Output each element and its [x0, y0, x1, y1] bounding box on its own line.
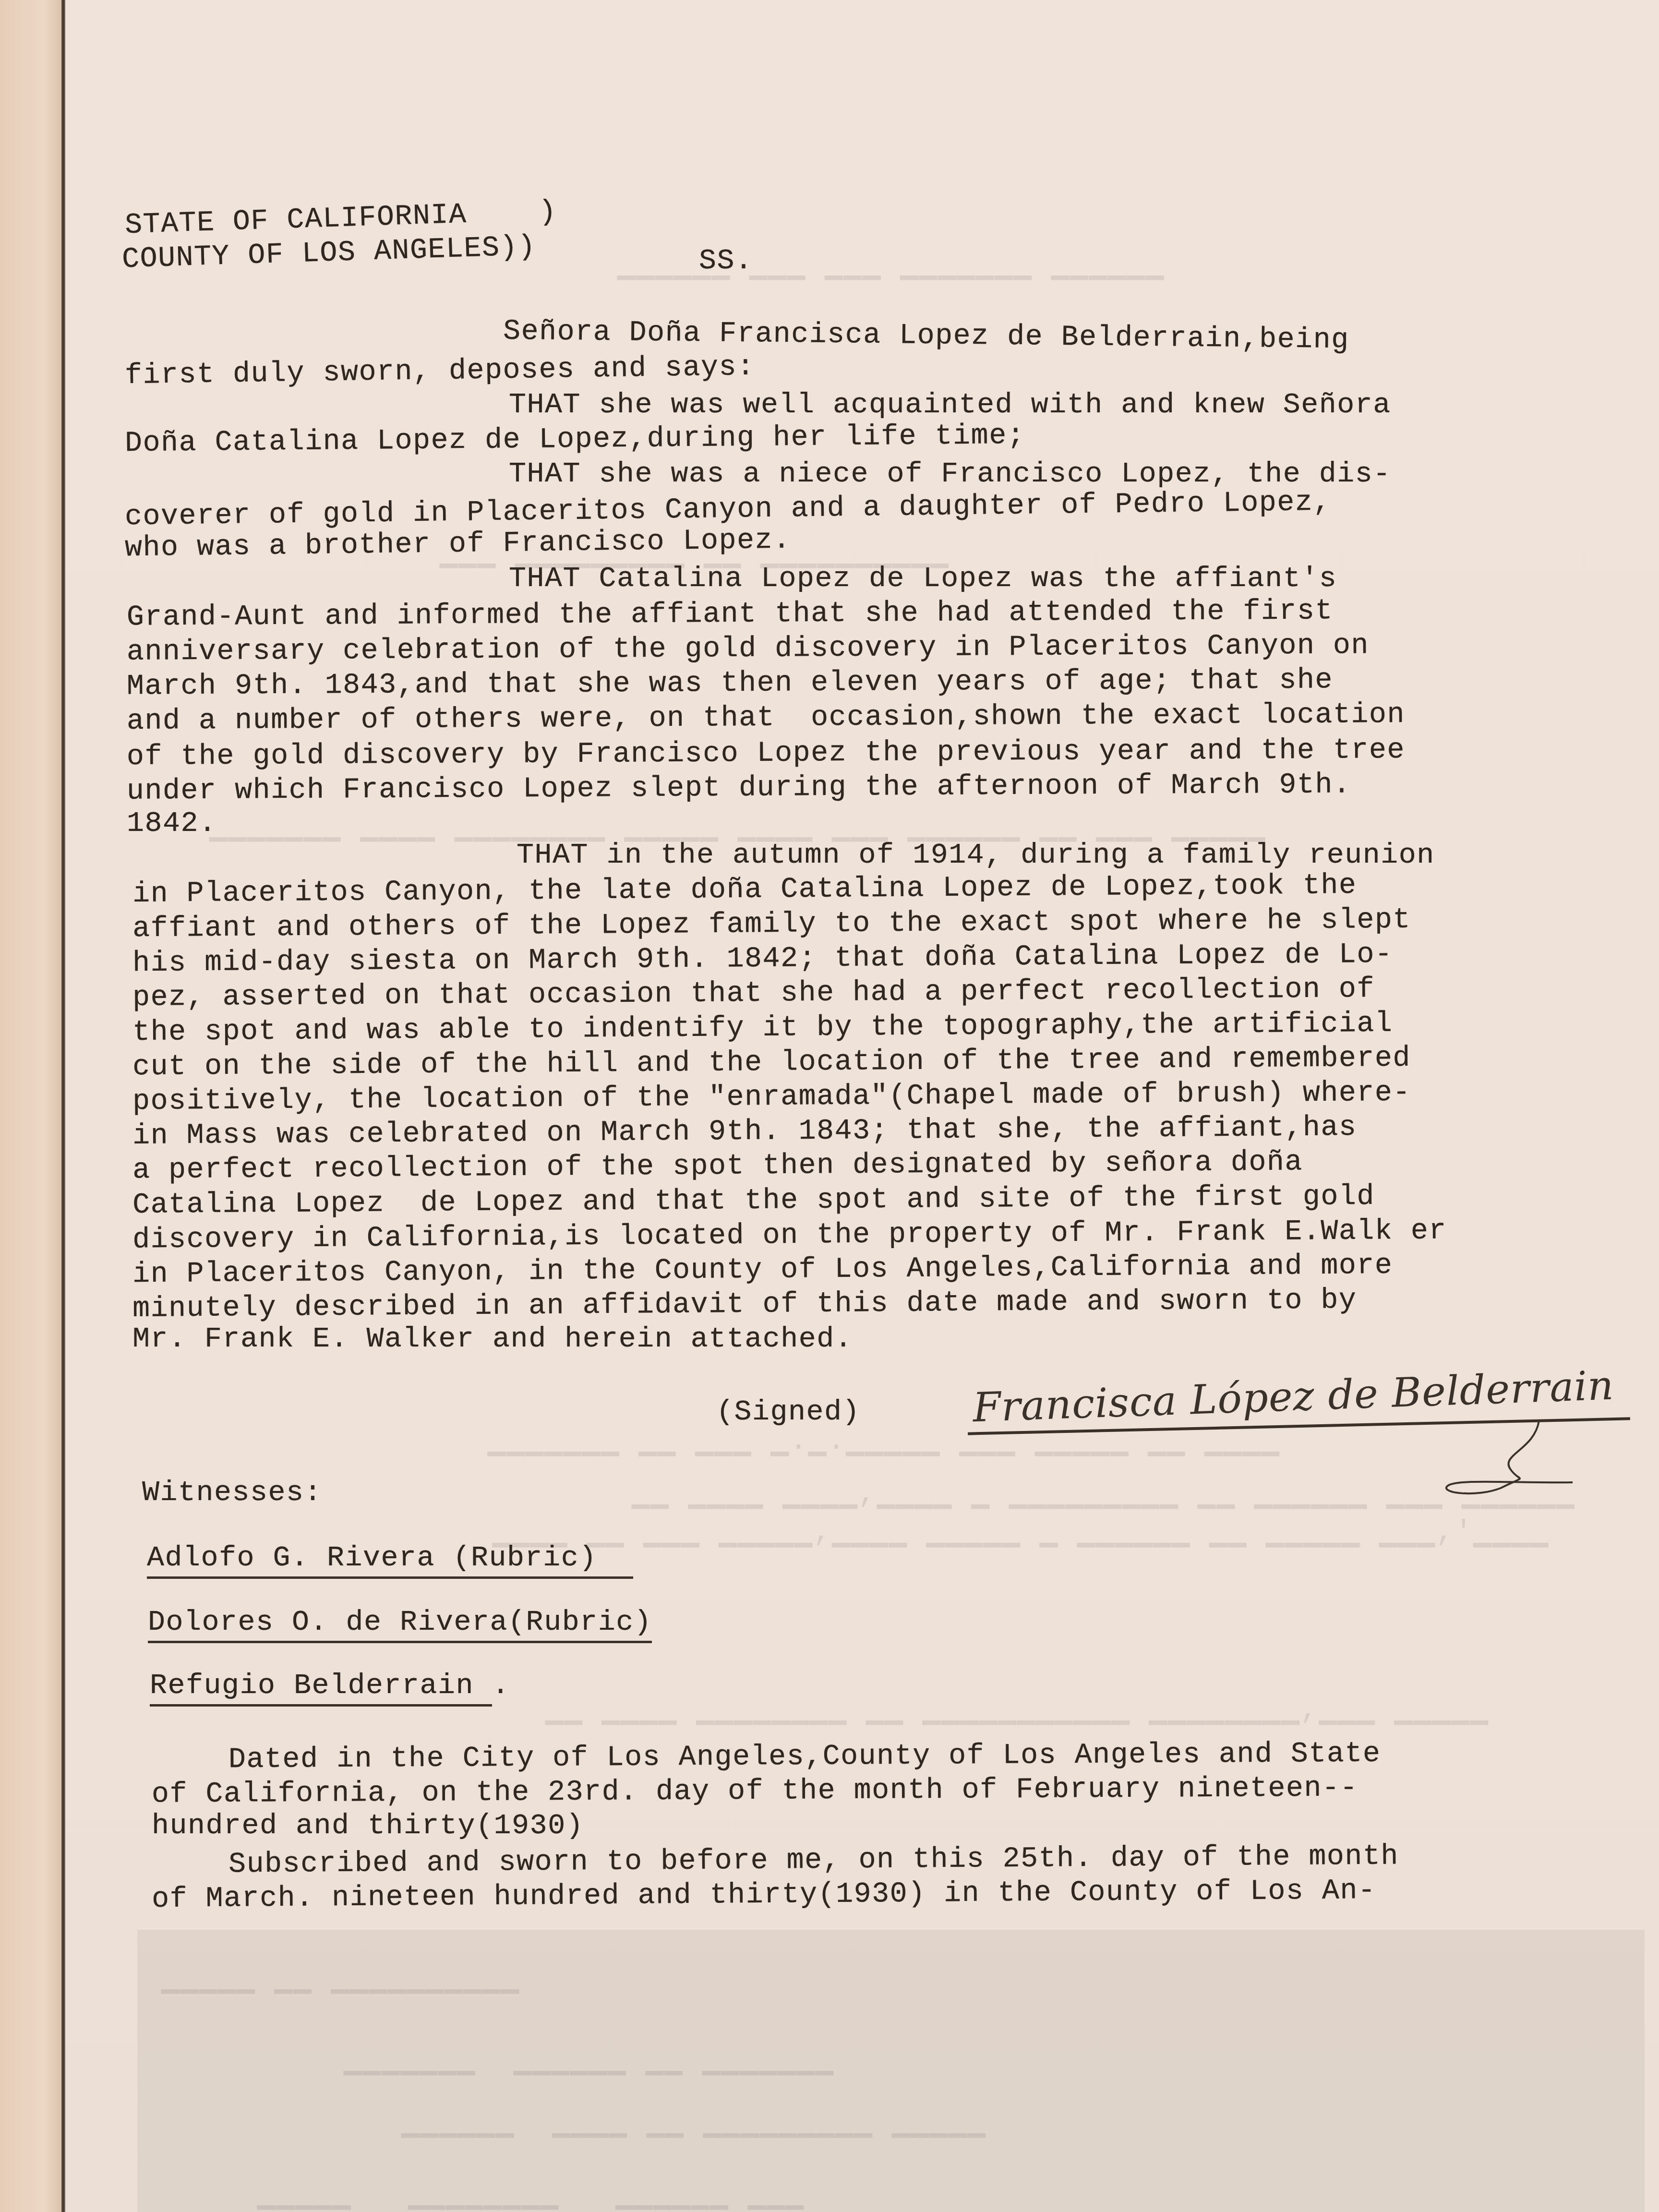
paragraph-3-line-2: Grand-Aunt and informed the affiant that…	[127, 594, 1333, 635]
witness-2-name: Dolores O. de Rivera(Rubric)	[148, 1606, 652, 1643]
paragraph-1-line-1: THAT she was well acquainted with and kn…	[509, 388, 1391, 422]
intro-line-2: first duly sworn, deposes and says:	[125, 350, 756, 393]
bleed-through-text: ▁▁▁▁▁ ▁▁ ▁▁▁▁▁▁▁▁▁▁	[161, 1959, 520, 1996]
document-page: ▁▁▁▁▁▁ ▁▁▁ ▁▁▁ ▁▁▁▁▁▁▁ ▁▁▁▁▁▁ ▁▁▁ ▁▁▁▁▁▁…	[65, 0, 1659, 2212]
witness-1-name: Adlofo G. Rivera (Rubric)	[147, 1542, 597, 1579]
bleed-through-text: ▁▁▁▁▁▁ ▁▁▁▁ ▁▁ ▁▁▁▁▁▁▁▁▁ ▁▁▁▁▁	[401, 2103, 986, 2140]
dated-line-3: hundred and thirty(1930)	[152, 1809, 584, 1843]
paragraph-3-line-8: 1842.	[127, 806, 217, 841]
background-strip	[0, 0, 63, 2212]
paragraph-3-line-7: under which Francisco Lopez slept during…	[127, 768, 1351, 808]
witnesses-label: Witnesses:	[142, 1476, 322, 1510]
dated-line-1: Dated in the City of Los Angeles,County …	[228, 1737, 1381, 1778]
paragraph-3-line-5: and a number of others were, on that occ…	[127, 697, 1405, 739]
page-edge	[61, 0, 65, 2212]
witness-3: Refugio Belderrain .	[150, 1669, 510, 1703]
paragraph-3-line-3: anniversary celebration of the gold disc…	[127, 628, 1369, 670]
venue-ss: SS.	[699, 244, 753, 278]
dated-line-2: of California, on the 23rd. day of the m…	[152, 1771, 1358, 1812]
paragraph-4-line-1: THAT in the autumn of 1914, during a fam…	[517, 838, 1435, 873]
signature-flourish-icon	[1419, 1421, 1582, 1498]
witness-2: Dolores O. de Rivera(Rubric)	[148, 1605, 652, 1640]
bleed-through-text: ▁▁▁▁▁▁▁ ▁▁▁▁▁▁ ▁▁ ▁▁▁▁▁▁▁	[344, 2040, 834, 2077]
paragraph-3-line-1: THAT Catalina Lopez de Lopez was the aff…	[509, 562, 1337, 596]
bleed-through-text: ▁▁▁▁▁▁▁ ▁▁ ▁▁▁ ▁.▁.▁▁▁▁▁ ▁▁▁ ▁▁▁▁▁ ▁▁ ▁▁…	[488, 1421, 1280, 1458]
bleed-through-text: ▁▁▁▁▁ ▁▁▁▁▁▁▁▁ ▁▁▁▁▁▁ ▁▁▁	[257, 2175, 805, 2212]
signed-label: (Signed)	[716, 1395, 860, 1430]
witness-3-name: Refugio Belderrain	[150, 1670, 474, 1707]
witness-1: Adlofo G. Rivera (Rubric)	[147, 1541, 633, 1575]
paragraph-3-line-4: March 9th. 1843,and that she was then el…	[127, 663, 1333, 704]
bleed-through-text: ▁▁▁▁ ▁▁ ▁▁▁ ▁▁▁▁▁,▁▁▁▁ ▁▁▁▁▁ ▁ ▁▁▁▁▁▁ ▁▁…	[493, 1512, 1549, 1549]
witness-3-period: .	[492, 1670, 510, 1702]
paragraph-4-line-15: Mr. Frank E. Walker and herein attached.	[132, 1322, 853, 1357]
paragraph-1-line-2: Doña Catalina Lopez de Lopez,during her …	[125, 419, 1025, 461]
bleed-through-text: ▁▁ ▁▁▁▁ ▁▁▁▁▁▁▁▁ ▁▁ ▁▁▁▁▁▁▁▁▁▁▁ ▁▁▁▁▁▁▁▁…	[545, 1690, 1489, 1727]
